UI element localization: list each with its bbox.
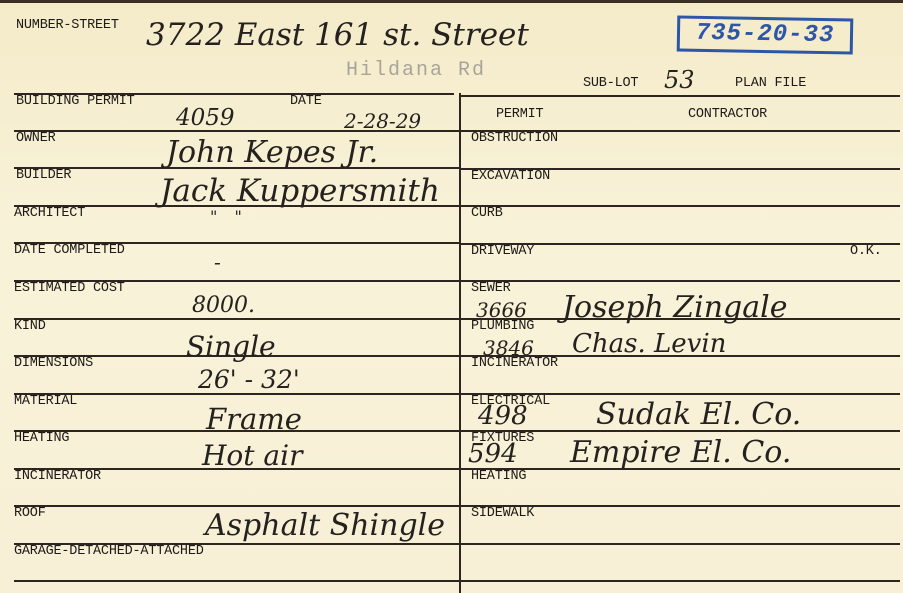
obstruction-label: OBSTRUCTION: [471, 131, 558, 146]
kind-label: KIND: [14, 319, 46, 334]
plumbing-permit-number: 3846: [483, 336, 534, 360]
heating-permit-label: HEATING: [471, 469, 526, 484]
rule: [460, 95, 900, 97]
builder-value: Jack Kuppersmith: [160, 173, 440, 209]
builder-label: BUILDER: [16, 168, 71, 183]
heating-label: HEATING: [14, 431, 69, 446]
number-street-label: NUMBER-STREET: [16, 18, 119, 33]
electrical-permit-number: 498: [478, 401, 528, 431]
owner-label: OWNER: [16, 131, 56, 146]
date-completed-value: -: [214, 250, 221, 274]
garage-label: GARAGE-DETACHED-ATTACHED: [14, 544, 204, 559]
material-label: MATERIAL: [14, 394, 77, 409]
sewer-contractor: Joseph Zingale: [562, 290, 788, 325]
driveway-note: O.K.: [850, 244, 882, 259]
owner-value: John Kepes Jr.: [166, 135, 378, 170]
building-permit-value: 4059: [176, 105, 235, 131]
electrical-contractor: Sudak El. Co.: [596, 397, 801, 432]
estimated-cost-label: ESTIMATED COST: [14, 281, 125, 296]
fixtures-contractor: Empire El. Co.: [570, 435, 791, 470]
sewer-permit-number: 3666: [476, 298, 527, 322]
sub-lot-value: 53: [664, 66, 695, 94]
permit-column-header: PERMIT: [496, 107, 543, 122]
building-permit-label: BUILDING PERMIT: [16, 94, 135, 109]
material-value: Frame: [206, 402, 302, 436]
dimensions-label: DIMENSIONS: [14, 356, 93, 371]
contractor-column-header: CONTRACTOR: [688, 107, 767, 122]
estimated-cost-value: 8000.: [192, 293, 255, 318]
architect-value: " ": [210, 207, 248, 226]
date-completed-label: DATE COMPLETED: [14, 243, 125, 258]
plan-file-label: PLAN FILE: [735, 76, 806, 91]
typed-street-name: Hildana Rd: [346, 59, 486, 82]
driveway-label: DRIVEWAY: [471, 244, 534, 259]
architect-label: ARCHITECT: [14, 206, 85, 221]
fixtures-permit-number: 594: [468, 439, 518, 469]
excavation-label: EXCAVATION: [471, 169, 550, 184]
plumbing-contractor: Chas. Levin: [572, 329, 726, 359]
parcel-number-stamp: 735-20-33: [677, 15, 854, 54]
permit-card: NUMBER-STREET 3722 East 161 st. Street 7…: [0, 0, 903, 593]
roof-label: ROOF: [14, 506, 46, 521]
incinerator-label: INCINERATOR: [14, 469, 101, 484]
number-street-value: 3722 East 161 st. Street: [146, 17, 529, 53]
kind-value: Single: [186, 330, 276, 363]
sewer-label: SEWER: [471, 281, 511, 296]
curb-label: CURB: [471, 206, 503, 221]
dimensions-value: 26' - 32': [198, 365, 300, 394]
sub-lot-label: SUB-LOT: [583, 76, 638, 91]
heating-value: Hot air: [202, 439, 302, 472]
sidewalk-label: SIDEWALK: [471, 506, 534, 521]
roof-value: Asphalt Shingle: [205, 508, 445, 543]
date-label: DATE: [290, 94, 322, 109]
